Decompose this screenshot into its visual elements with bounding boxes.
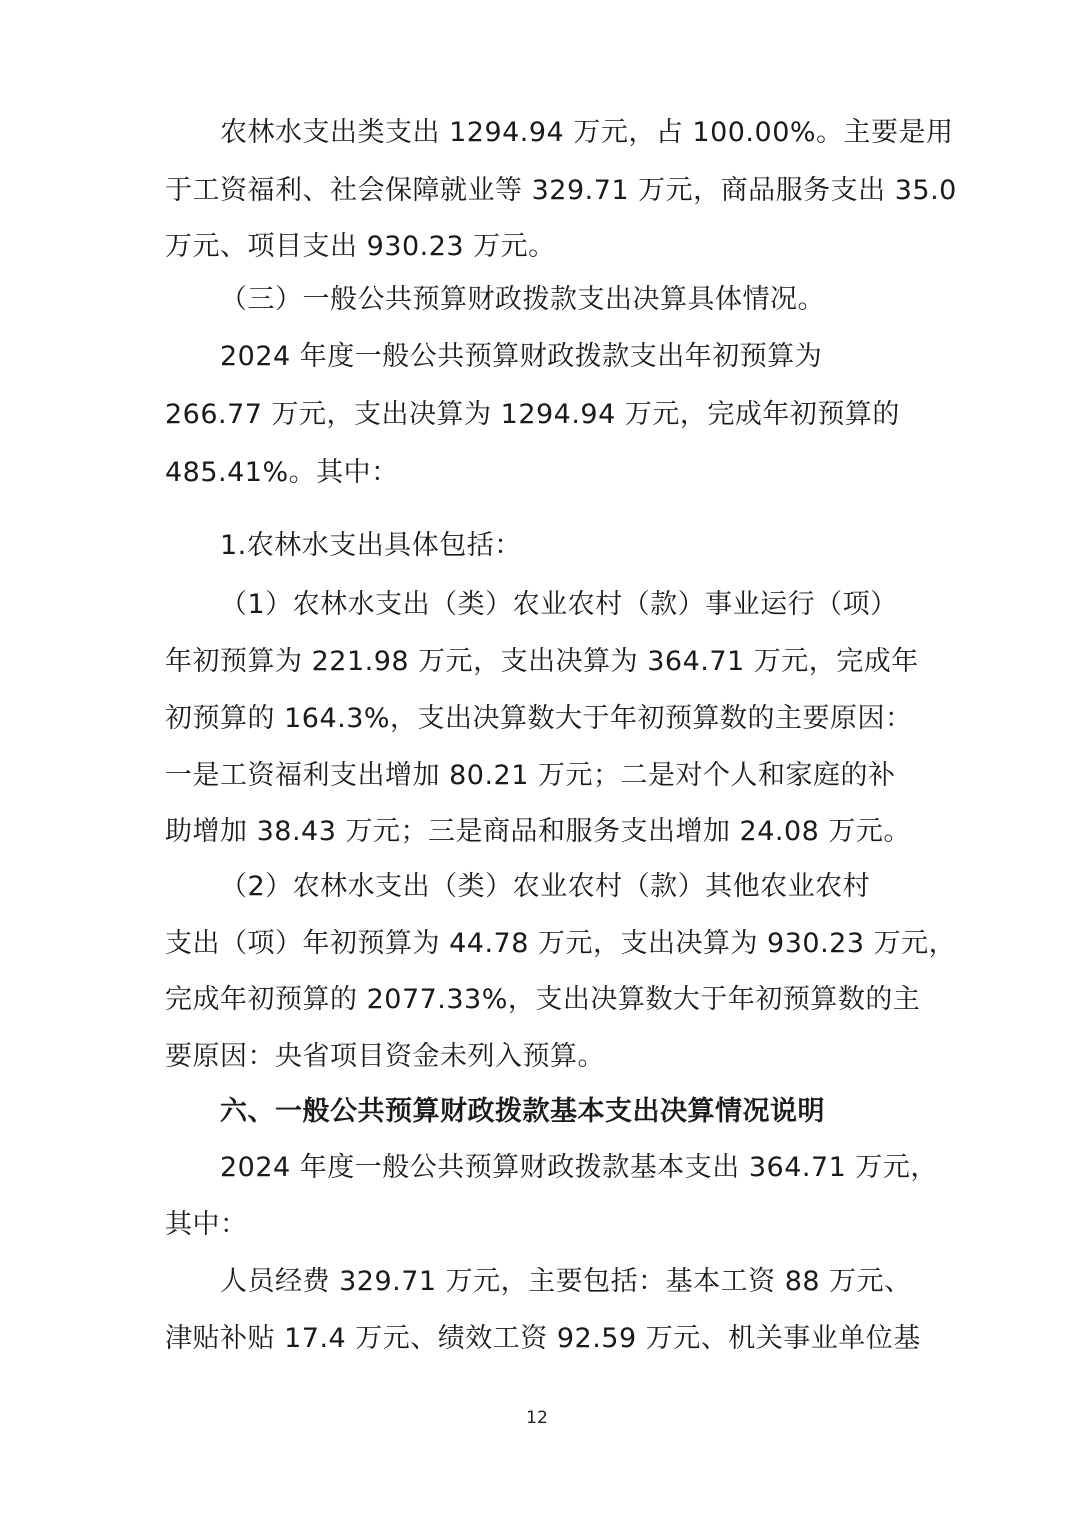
text-line: 485.41%。其中： — [165, 456, 915, 490]
text-line: 于工资福利、社会保障就业等 329.71 万元，商品服务支出 35.0 — [165, 174, 915, 208]
text-line: 助增加 38.43 万元；三是商品和服务支出增加 24.08 万元。 — [165, 815, 915, 849]
text-line: 农林水支出类支出 1294.94 万元，占 100.00%。主要是用 — [220, 116, 970, 150]
text-line: （2）农林水支出（类）农业农村（款）其他农业农村 — [220, 870, 970, 904]
section-heading: （三）一般公共预算财政拨款支出决算具体情况。 — [220, 283, 970, 317]
text-line: 年初预算为 221.98 万元，支出决算为 364.71 万元，完成年 — [165, 645, 915, 679]
page-number: 12 — [0, 1408, 1074, 1428]
text-line: 266.77 万元，支出决算为 1294.94 万元，完成年初预算的 — [165, 398, 915, 432]
section-heading: 六、一般公共预算财政拨款基本支出决算情况说明 — [220, 1095, 970, 1129]
text-line: 津贴补贴 17.4 万元、绩效工资 92.59 万元、机关事业单位基 — [165, 1322, 915, 1356]
text-line: 2024 年度一般公共预算财政拨款支出年初预算为 — [220, 340, 970, 374]
text-line: 完成年初预算的 2077.33%，支出决算数大于年初预算数的主 — [165, 983, 915, 1017]
text-line: 初预算的 164.3%，支出决算数大于年初预算数的主要原因： — [165, 702, 915, 736]
text-line: 其中： — [165, 1208, 915, 1242]
text-line: 支出（项）年初预算为 44.78 万元，支出决算为 930.23 万元， — [165, 927, 915, 961]
text-line: 2024 年度一般公共预算财政拨款基本支出 364.71 万元， — [220, 1151, 970, 1185]
text-line: 一是工资福利支出增加 80.21 万元；二是对个人和家庭的补 — [165, 759, 915, 793]
text-line: 万元、项目支出 930.23 万元。 — [165, 230, 915, 264]
subsection-heading: 1.农林水支出具体包括： — [220, 529, 970, 563]
text-line: （1）农林水支出（类）农业农村（款）事业运行（项） — [220, 588, 970, 622]
text-line: 要原因：央省项目资金未列入预算。 — [165, 1040, 915, 1074]
document-page: 农林水支出类支出 1294.94 万元，占 100.00%。主要是用 于工资福利… — [0, 0, 1074, 1520]
text-line: 人员经费 329.71 万元，主要包括：基本工资 88 万元、 — [220, 1265, 970, 1299]
